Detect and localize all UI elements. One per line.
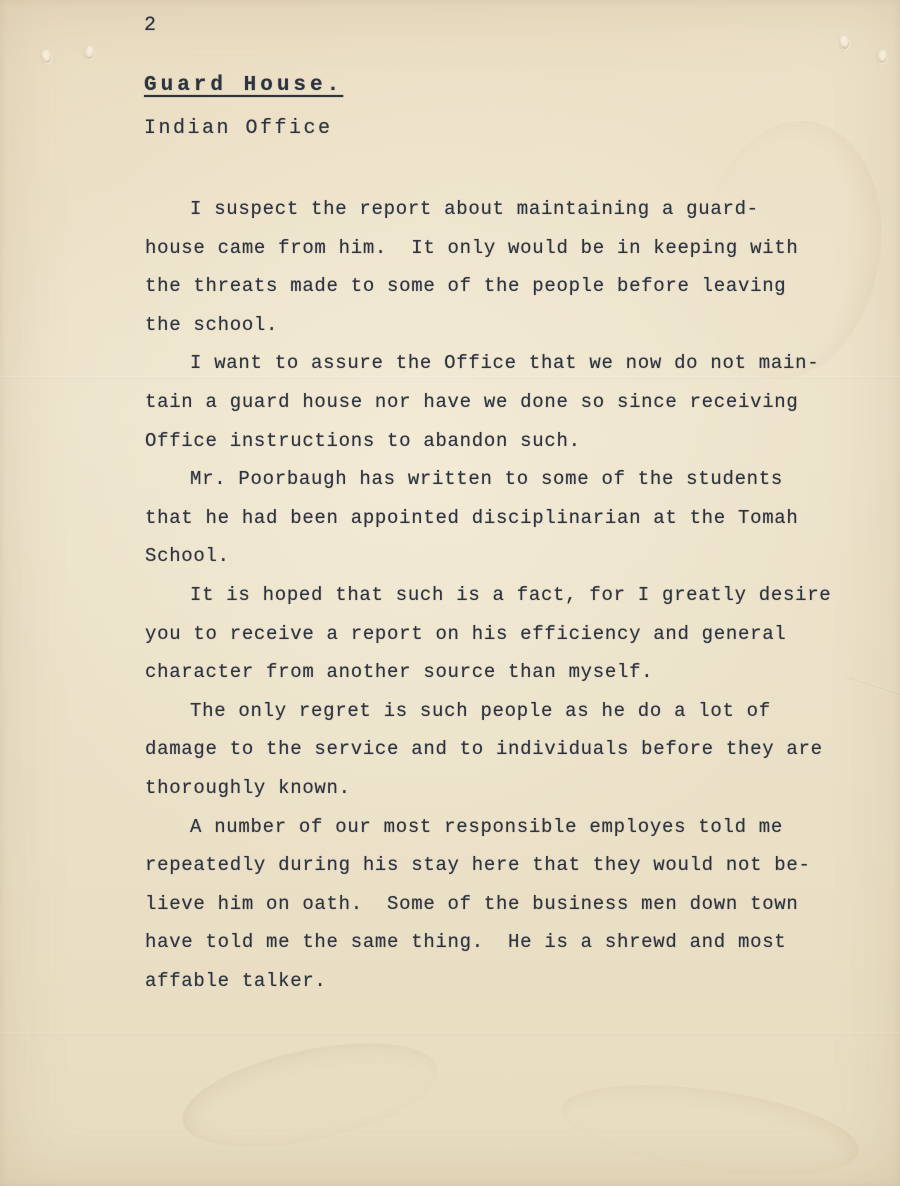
staple-hole: [41, 49, 52, 63]
paper-crease: [0, 1032, 900, 1035]
paragraph: Mr. Poorbaugh has written to some of the…: [145, 460, 835, 576]
document-page: 2 Guard House. Indian Office I suspect t…: [0, 0, 900, 1186]
paragraph: The only regret is such people as he do …: [145, 692, 835, 808]
paragraph: I want to assure the Office that we now …: [145, 344, 835, 460]
paragraph: A number of our most responsible employe…: [145, 808, 835, 1001]
staple-hole: [877, 50, 887, 64]
paper-wrinkle: [556, 1070, 864, 1186]
staple-hole: [839, 35, 850, 49]
paragraph: It is hoped that such is a fact, for I g…: [145, 576, 835, 692]
paragraph: I suspect the report about maintaining a…: [145, 190, 835, 344]
page-number: 2: [144, 14, 157, 37]
letter-body: I suspect the report about maintaining a…: [145, 190, 835, 1000]
paper-wrinkle: [173, 1024, 446, 1166]
staple-hole: [84, 46, 94, 60]
paper-crease: [846, 677, 900, 701]
letter-heading: Guard House.: [144, 74, 343, 97]
letter-subheading: Indian Office: [144, 117, 333, 140]
